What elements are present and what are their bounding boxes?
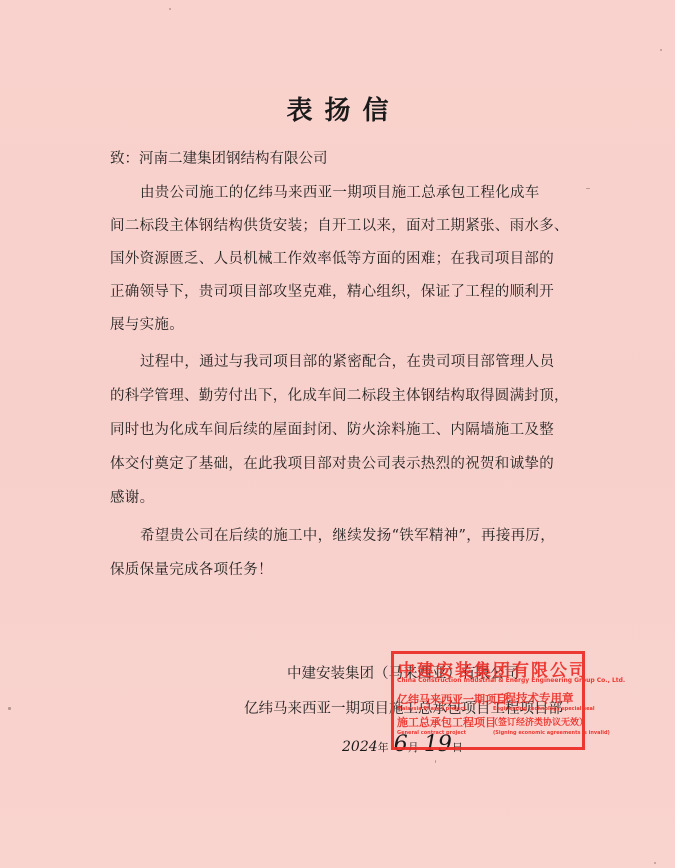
paper-speck: [8, 707, 11, 710]
paper-speck: [660, 49, 662, 51]
letter-paper: 表扬信 致：河南二建集团钢结构有限公司 由贵公司施工的亿纬马来西亚一期项目施工总…: [0, 0, 675, 868]
date-year: 2024: [342, 739, 378, 755]
paragraph-2-line-5: 感谢。: [110, 486, 570, 507]
scan-edge: [675, 0, 680, 868]
paper-speck: [654, 862, 656, 864]
seal-contract-project: 施工总承包工程项目: [397, 714, 496, 730]
seal-project-name-en: Malaysia Phase I project: [397, 706, 466, 712]
paragraph-2-line-2: 的科学管理、勤劳付出下，化成车间二标段主体钢结构取得圆满封顶，: [110, 384, 570, 405]
paragraph-3-line-2: 保质保量完成各项任务！: [110, 558, 570, 579]
date-year-unit: 年: [378, 741, 389, 754]
seal-contract-project-en: General contract project: [397, 730, 466, 736]
paragraph-2-line-3: 同时也为化成车间后续的屋面封闭、防火涂料施工、内隔墙施工及整: [110, 418, 570, 439]
letter-title: 表扬信: [0, 90, 675, 127]
paper-speck: [435, 760, 436, 763]
paragraph-1-line-2: 间二标段主体钢结构供货安装；自开工以来，面对工期紧张、雨水多、: [110, 214, 570, 235]
paragraph-1-line-3: 国外资源匮乏、人员机械工作效率低等方面的困难；在我司项目部的: [110, 247, 570, 268]
seal-restriction-en: (Signing economic agreements is invalid): [493, 730, 610, 736]
paragraph-2-line-1: 过程中，通过与我司项目部的紧密配合，在贵司项目部管理人员: [140, 350, 600, 371]
paragraph-1-line-4: 正确领导下，贵司项目部攻坚克难，精心组织，保证了工程的顺利开: [110, 280, 570, 301]
paper-speck: [169, 8, 171, 10]
seal-restriction: （签订经济类协议无效）: [489, 715, 588, 728]
letter-recipient: 致：河南二建集团钢结构有限公司: [110, 147, 328, 168]
paragraph-1-line-1: 由贵公司施工的亿纬马来西亚一期项目施工总承包工程化成车: [140, 181, 600, 202]
paragraph-3-line-1: 希望贵公司在后续的施工中，继续发扬“铁军精神”，再接再厉，: [140, 524, 600, 545]
paragraph-2-line-4: 体交付奠定了基础，在此我项目部对贵公司表示热烈的祝贺和诚挚的: [110, 452, 570, 473]
company-seal: 中建安装集团有限公司 China Construction Industrial…: [391, 651, 585, 750]
seal-company-english: China Construction Industrial & Energy E…: [397, 677, 581, 684]
seal-project-name: 亿纬马来西亚一期项目: [397, 691, 507, 707]
seal-purpose: 工程技术专用章: [493, 690, 574, 706]
paragraph-1-line-5: 展与实施。: [110, 313, 570, 334]
seal-purpose-en: Engineering technology special seal: [493, 706, 595, 712]
